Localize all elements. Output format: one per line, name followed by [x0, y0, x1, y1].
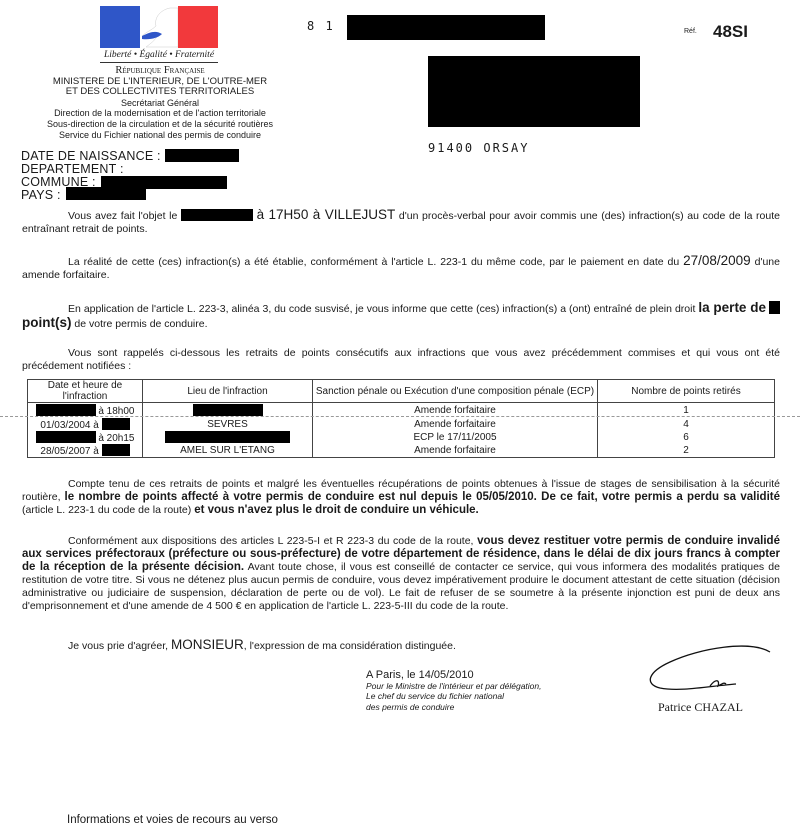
- date-text: 01/03/2004 à: [40, 420, 98, 431]
- scan-fold-line: [0, 416, 800, 417]
- col-points: Nombre de points retirés: [598, 380, 775, 403]
- signature-block: A Paris, le 14/05/2010 Pour le Ministre …: [366, 670, 542, 712]
- cell-sanction: Amende forfaitaire: [313, 444, 598, 458]
- redaction-time: [102, 418, 130, 430]
- infractions-table: Date et heure de l'infraction Lieu de l'…: [27, 379, 775, 458]
- text: Conformément aux dispositions des articl…: [68, 535, 473, 547]
- republic-motto: Liberté • Égalité • Fraternité: [100, 50, 218, 63]
- cell-points: 2: [598, 444, 775, 458]
- redaction-points-count: [769, 301, 780, 314]
- cell-sanction: ECP le 17/11/2005: [313, 431, 598, 444]
- text: Vous sont rappelés ci-dessous les retrai…: [22, 347, 780, 372]
- cell-sanction: Amende forfaitaire: [313, 418, 598, 431]
- cell-place: AMEL SUR L'ETANG: [143, 444, 313, 458]
- cell-points: 6: [598, 431, 775, 444]
- col-sanction: Sanction pénale ou Exécution d'une compo…: [313, 380, 598, 403]
- paragraph-restitution: Conformément aux dispositions des articl…: [22, 535, 780, 613]
- flag-blue-band: [100, 6, 140, 48]
- flag-red-band: [178, 6, 218, 48]
- ministry-line: Direction de la modernisation et de l'ac…: [20, 108, 300, 119]
- date-text: 28/05/2007 à: [40, 446, 98, 457]
- marianne-profile-icon: [140, 6, 178, 48]
- redaction-date: [36, 404, 96, 416]
- paragraph-validity: Compte tenu de ces retraits de points et…: [22, 478, 780, 517]
- ministry-line: ET DES COLLECTIVITES TERRITORIALES: [20, 87, 300, 98]
- table-row: 28/05/2007 à AMEL SUR L'ETANG Amende for…: [28, 444, 775, 458]
- paragraph-previous: Vous sont rappelés ci-dessous les retrai…: [22, 347, 780, 373]
- ministry-line: Service du Fichier national des permis d…: [20, 130, 300, 141]
- redaction-country: [66, 187, 146, 200]
- no-driving-emphasis: et vous n'avez plus le droit de conduire…: [194, 504, 479, 516]
- text: Vous avez fait l'objet le: [68, 210, 177, 222]
- text: Je vous prie d'agréer,: [68, 640, 168, 652]
- cell-date: à 20h15: [28, 431, 143, 444]
- paragraph-points-loss: En application de l'article L. 223-3, al…: [22, 301, 780, 331]
- text: La réalité de cette (ces) infraction(s) …: [68, 256, 679, 268]
- redaction-date: [36, 431, 96, 443]
- col-place: Lieu de l'infraction: [143, 380, 313, 403]
- redaction-place: [193, 404, 263, 416]
- text: de votre permis de conduire.: [74, 318, 207, 330]
- cell-points: 4: [598, 418, 775, 431]
- redaction-address: [428, 56, 640, 127]
- paragraph-payment: La réalité de cette (ces) infraction(s) …: [22, 254, 780, 282]
- redaction-birth-date: [165, 149, 239, 162]
- addressee-title: MONSIEUR: [171, 637, 244, 652]
- reference-label: Réf.: [684, 28, 697, 35]
- republic-name: République Française: [20, 66, 300, 77]
- redaction-time: [102, 444, 130, 456]
- validity-emphasis: le nombre de points affecté à votre perm…: [65, 491, 780, 503]
- payment-date: 27/08/2009: [683, 253, 751, 268]
- col-date: Date et heure de l'infraction: [28, 380, 143, 403]
- footer-note: Informations et voies de recours au vers…: [67, 814, 278, 826]
- text: En application de l'article L. 223-3, al…: [68, 303, 695, 315]
- points-word: point(s): [22, 315, 72, 330]
- paragraph-offence: Vous avez fait l'objet le à 17H50 à VILL…: [22, 208, 780, 236]
- table-row: à 20h15 ECP le 17/11/2005 6: [28, 431, 775, 444]
- ministry-header: République Française MINISTERE DE L'INTE…: [20, 66, 300, 140]
- redaction-place: [165, 431, 290, 443]
- offence-time-place: à 17H50 à VILLEJUST: [257, 207, 396, 222]
- delegation-line: Pour le Ministre de l'intérieur et par d…: [366, 681, 542, 692]
- flag-white-band: [140, 6, 178, 48]
- marianne-logo: [100, 6, 218, 48]
- table-header-row: Date et heure de l'infraction Lieu de l'…: [28, 380, 775, 403]
- date-text: à 20h15: [98, 433, 134, 444]
- redaction-recipient-name: [347, 15, 545, 40]
- text: (article L. 223-1 du code de la route): [22, 504, 191, 516]
- text: , l'expression de ma considération disti…: [244, 640, 456, 652]
- signatory-name: Patrice CHAZAL: [658, 700, 743, 715]
- ministry-line: Secrétariat Général: [20, 98, 300, 109]
- reference-value: 48SI: [713, 22, 748, 42]
- address-city: 91400 ORSAY: [428, 141, 529, 155]
- delegation-line: Le chef du service du fichier national: [366, 691, 542, 702]
- redaction-offence-date: [181, 209, 253, 221]
- cell-date: 28/05/2007 à: [28, 444, 143, 458]
- place-date: A Paris, le 14/05/2010: [366, 670, 542, 681]
- ministry-line: Sous-direction de la circulation et de l…: [20, 119, 300, 130]
- delegation-line: des permis de conduire: [366, 702, 542, 713]
- points-loss-emphasis: la perte de: [698, 300, 766, 315]
- table-row: 01/03/2004 à SEVRES Amende forfaitaire 4: [28, 418, 775, 431]
- handwritten-signature-icon: [640, 640, 780, 700]
- cell-place: [143, 431, 313, 444]
- cell-date: 01/03/2004 à: [28, 418, 143, 431]
- cell-place: SEVRES: [143, 418, 313, 431]
- address-prefix: 8 1: [307, 19, 335, 33]
